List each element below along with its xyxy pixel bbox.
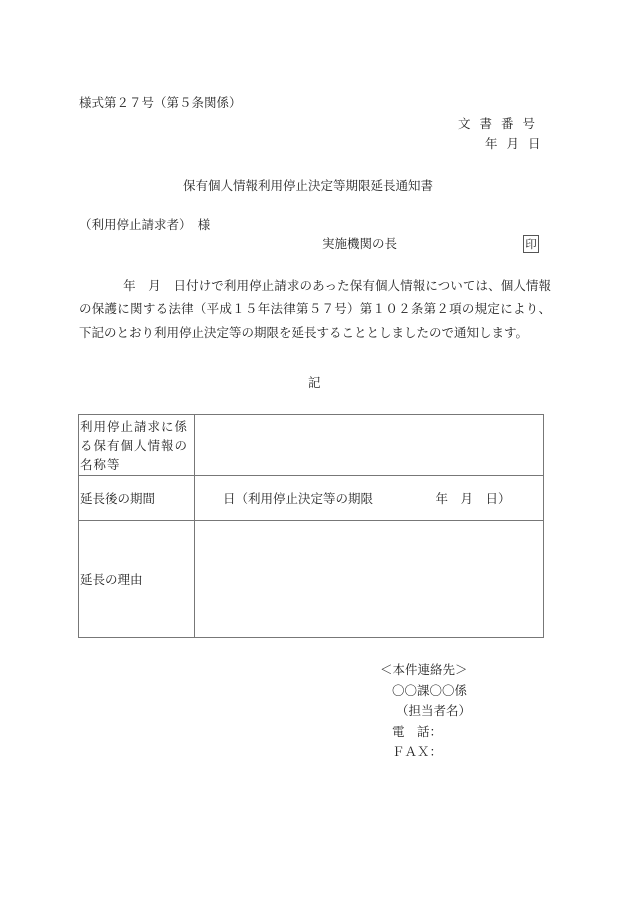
date-label: 年月日 [485,138,550,151]
row-value-extension-reason [195,521,544,638]
notice-body-text: 年 月 日付けで利用停止請求のあった保有個人情報については、個人情報の保護に関す… [79,278,551,340]
notice-body: 年 月 日付けで利用停止請求のあった保有個人情報については、個人情報の保護に関す… [79,274,551,344]
contact-heading: ＜本件連絡先＞ [380,660,471,681]
table-row: 利用停止請求に係る保有個人情報の名称等 [79,415,544,476]
contact-block: ＜本件連絡先＞ 〇〇課〇〇係 （担当者名） 電 話： ＦＡＸ： [380,660,471,763]
contact-phone: 電 話： [380,722,471,743]
addressee: （利用停止請求者） 様 [79,219,210,232]
contact-section: 〇〇課〇〇係 [380,681,471,702]
row-value-extended-period: 日（利用停止決定等の期限 年 月 日） [195,476,544,521]
row-value-info-name [195,415,544,476]
contact-fax: ＦＡＸ： [380,742,471,763]
record-table: 利用停止請求に係る保有個人情報の名称等 延長後の期間 日（利用停止決定等の期限 … [78,414,544,638]
table-row: 延長後の期間 日（利用停止決定等の期限 年 月 日） [79,476,544,521]
form-number: 様式第２７号（第５条関係） [79,97,242,110]
sender: 実施機関の長 [322,238,397,251]
record-heading: 記 [308,377,321,390]
document-number-label: 文書番号 [458,118,544,131]
contact-person: （担当者名） [380,701,471,722]
table-row: 延長の理由 [79,521,544,638]
row-label-extended-period: 延長後の期間 [79,476,195,521]
row-label-info-name: 利用停止請求に係る保有個人情報の名称等 [79,415,195,476]
seal-stamp-icon: 印 [523,235,539,253]
document-title: 保有個人情報利用停止決定等期限延長通知書 [183,180,433,193]
row-label-extension-reason: 延長の理由 [79,521,195,638]
